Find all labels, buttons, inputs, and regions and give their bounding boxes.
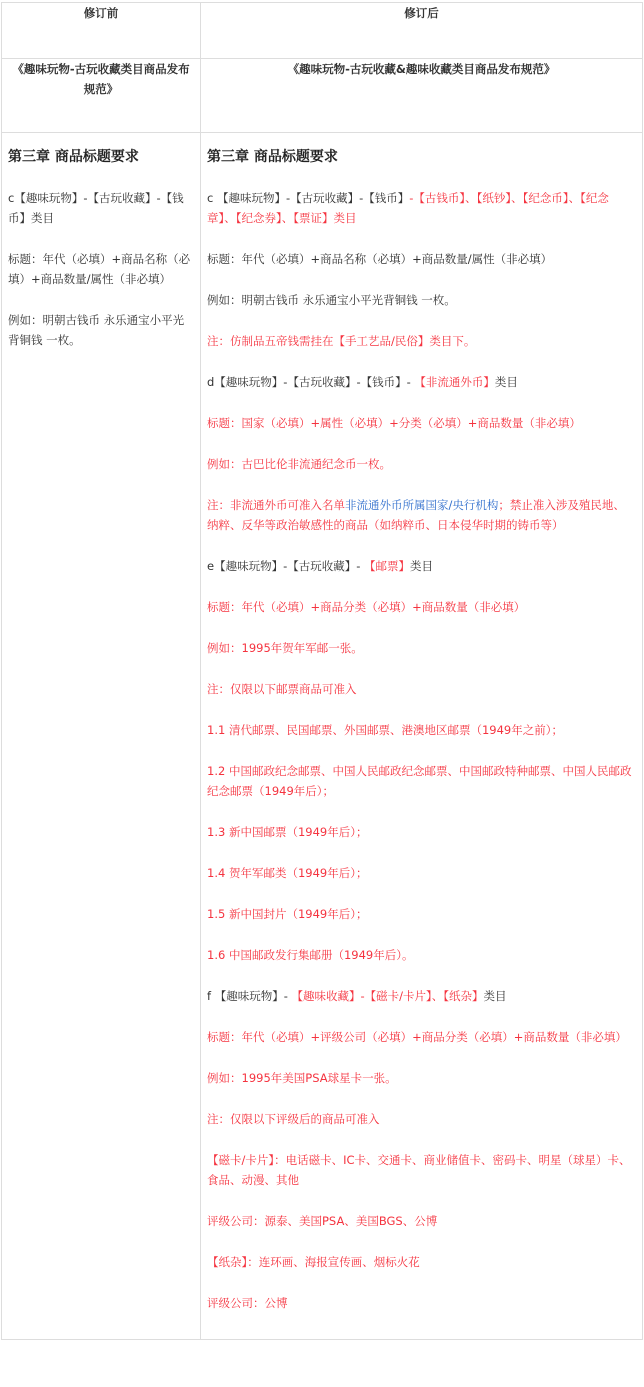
f-item: 评级公司：源泰、美国PSA、美国BGS、公博: [207, 1211, 636, 1231]
d-category-suffix: 类目: [495, 375, 518, 389]
e-item: 1.4 贺年军邮类（1949年后）；: [207, 863, 636, 883]
after-f-note: 注：仅限以下评级后的商品可准入: [207, 1109, 636, 1129]
f-item: 【纸杂】：连环画、海报宣传画、烟标火花: [207, 1252, 636, 1272]
before-header-cell: 修订前: [2, 3, 201, 59]
after-header-cell: 修订后: [201, 3, 643, 59]
before-c-title-rule: 标题：年代（必填）+商品名称（必填）+商品数量/属性（非必填）: [8, 249, 194, 289]
after-f-title-rule: 标题：年代（必填）+评级公司（必填）+商品分类（必填）+商品数量（非必填）: [207, 1027, 636, 1047]
after-doc-title-cell: 《趣味玩物-古玩收藏&趣味收藏类目商品发布规范》: [201, 59, 643, 133]
e-category-suffix: 类目: [410, 559, 433, 573]
after-e-category: e【趣味玩物】-【古玩收藏】- 【邮票】类目: [207, 556, 636, 576]
after-chapter-heading: 第三章 商品标题要求: [207, 147, 636, 167]
e-category-added: 【邮票】: [364, 559, 410, 573]
d-category-added: 【非流通外币】: [414, 375, 495, 389]
e-item: 1.5 新中国封片（1949年后）；: [207, 904, 636, 924]
e-item: 1.6 中国邮政发行集邮册（1949年后）。: [207, 945, 636, 965]
after-c-title-rule: 标题：年代（必填）+商品名称（必填）+商品数量/属性（非必填）: [207, 249, 636, 269]
before-c-example: 例如：明朝古钱币 永乐通宝小平光背铜钱 一枚。: [8, 310, 194, 350]
before-header-label: 修订前: [84, 6, 119, 20]
after-e-note: 注：仅限以下邮票商品可准入: [207, 679, 636, 699]
after-c-note: 注：仿制品五帝钱需挂在【手工艺品/民俗】类目下。: [207, 331, 636, 351]
doc-title-row: 《趣味玩物-古玩收藏类目商品发布规范》 《趣味玩物-古玩收藏&趣味收藏类目商品发…: [2, 59, 643, 133]
f-category-added: 【趣味收藏】-【磁卡/卡片】、【纸杂】: [292, 989, 484, 1003]
f-category-prefix: f 【趣味玩物】-: [207, 989, 292, 1003]
before-content-cell: 第三章 商品标题要求 c【趣味玩物】-【古玩收藏】-【钱币】类目 标题：年代（必…: [2, 133, 201, 1340]
after-f-category: f 【趣味玩物】- 【趣味收藏】-【磁卡/卡片】、【纸杂】类目: [207, 986, 636, 1006]
f-item: 评级公司：公博: [207, 1293, 636, 1313]
after-f-example: 例如：1995年美国PSA球星卡一张。: [207, 1068, 636, 1088]
e-item: 1.3 新中国邮票（1949年后）；: [207, 822, 636, 842]
before-chapter-heading: 第三章 商品标题要求: [8, 147, 194, 167]
after-doc-title: 《趣味玩物-古玩收藏&趣味收藏类目商品发布规范》: [288, 62, 556, 76]
after-d-title-rule: 标题：国家（必填）+属性（必填）+分类（必填）+商品数量（非必填）: [207, 413, 636, 433]
content-row: 第三章 商品标题要求 c【趣味玩物】-【古玩收藏】-【钱币】类目 标题：年代（必…: [2, 133, 643, 1340]
e-item: 1.2 中国邮政纪念邮票、中国人民邮政纪念邮票、中国邮政特种邮票、中国人民邮政纪…: [207, 761, 636, 801]
after-d-example: 例如：古巴比伦非流通纪念币一枚。: [207, 454, 636, 474]
after-e-example: 例如：1995年贺年军邮一张。: [207, 638, 636, 658]
d-note-link[interactable]: 非流通外币所属国家/央行机构: [345, 498, 498, 512]
e-category-prefix: e【趣味玩物】-【古玩收藏】-: [207, 559, 364, 573]
revision-comparison-table: 修订前 修订后 《趣味玩物-古玩收藏类目商品发布规范》 《趣味玩物-古玩收藏&趣…: [1, 2, 643, 1340]
before-doc-title-cell: 《趣味玩物-古玩收藏类目商品发布规范》: [2, 59, 201, 133]
after-c-example: 例如：明朝古钱币 永乐通宝小平光背铜钱 一枚。: [207, 290, 636, 310]
after-header-label: 修订后: [404, 6, 439, 20]
d-category-prefix: d【趣味玩物】-【古玩收藏】-【钱币】-: [207, 375, 414, 389]
header-row: 修订前 修订后: [2, 3, 643, 59]
d-note-part1: 注：非流通外币可准入名单: [207, 498, 345, 512]
after-c-category: c 【趣味玩物】-【古玩收藏】-【钱币】-【古钱币】、【纸钞】、【纪念币】、【纪…: [207, 188, 636, 228]
after-d-category: d【趣味玩物】-【古玩收藏】-【钱币】- 【非流通外币】类目: [207, 372, 636, 392]
after-d-note: 注：非流通外币可准入名单非流通外币所属国家/央行机构；禁止准入涉及殖民地、纳粹、…: [207, 495, 636, 535]
after-e-title-rule: 标题：年代（必填）+商品分类（必填）+商品数量（非必填）: [207, 597, 636, 617]
c-category-prefix: c 【趣味玩物】-【古玩收藏】-【钱币】: [207, 191, 409, 205]
e-item: 1.1 清代邮票、民国邮票、外国邮票、港澳地区邮票（1949年之前）；: [207, 720, 636, 740]
before-c-category: c【趣味玩物】-【古玩收藏】-【钱币】类目: [8, 188, 194, 228]
f-category-suffix: 类目: [484, 989, 507, 1003]
before-doc-title: 《趣味玩物-古玩收藏类目商品发布规范》: [12, 62, 189, 96]
after-content-cell: 第三章 商品标题要求 c 【趣味玩物】-【古玩收藏】-【钱币】-【古钱币】、【纸…: [201, 133, 643, 1340]
f-item: 【磁卡/卡片】：电话磁卡、IC卡、交通卡、商业储值卡、密码卡、明星（球星）卡、食…: [207, 1150, 636, 1190]
